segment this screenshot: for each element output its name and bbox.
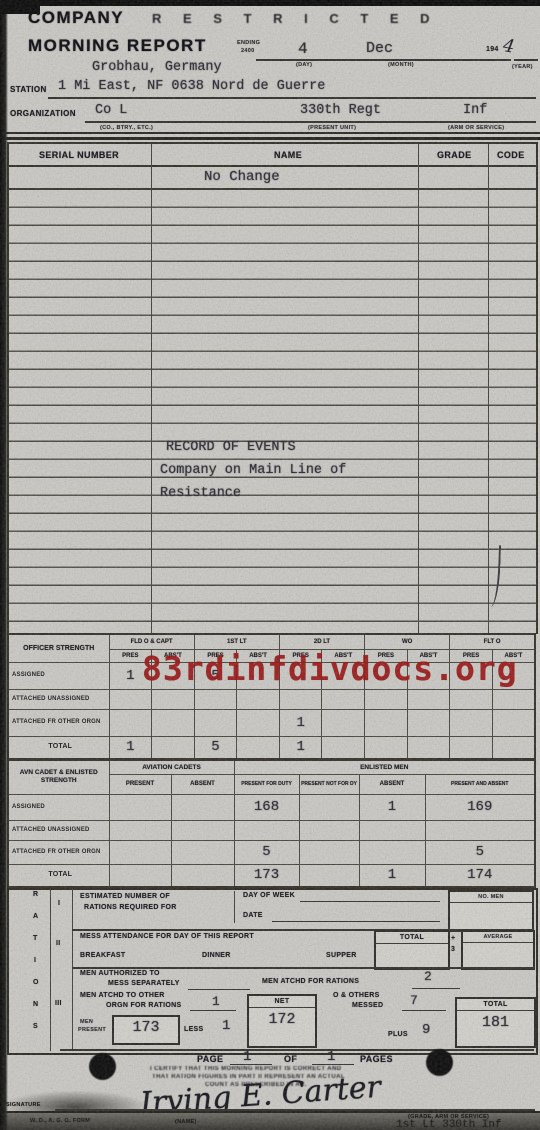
row-label: ATTACHED FR OTHER ORGN	[8, 840, 109, 864]
day-of-week-label: DAY OF WEEK	[243, 892, 295, 899]
men-present-value: 173	[114, 1019, 178, 1036]
cell-value	[407, 736, 450, 759]
column-divider-serial-name	[151, 144, 152, 634]
officer-group-1stlt: 1ST LT	[194, 634, 279, 649]
organization-underline	[85, 121, 536, 123]
rations-numeral-2: II	[56, 940, 61, 947]
rations-part1-divider	[234, 891, 235, 923]
less-value: 1	[222, 1018, 230, 1034]
men-auth-label-1: MEN AUTHORIZED TO	[80, 970, 160, 977]
cell-value: 1	[279, 736, 322, 759]
roster-table: SERIAL NUMBER NAME GRADE CODE No Change	[7, 142, 538, 634]
org-sub-label-1: (CO., BTRY., ETC.)	[100, 125, 153, 131]
men-atchd-rations-label: MEN ATCHD FOR RATIONS	[262, 978, 359, 985]
month-sub-label: (MONTH)	[388, 62, 414, 68]
cell-value: 1	[109, 736, 152, 759]
officer-row-attached-fr: ATTACHED FR OTHER ORGN 1	[8, 709, 535, 736]
enlisted-col-absent: ABSENT	[171, 774, 234, 794]
cell-value: 169	[425, 794, 535, 820]
men-atchd-other-value: 1	[212, 994, 220, 1009]
cell-value	[365, 689, 408, 709]
cell-value: 1	[359, 864, 425, 887]
rations-divider-numerals	[72, 888, 73, 1051]
cell-value	[425, 820, 535, 840]
men-present-label-2: PRESENT	[78, 1027, 106, 1033]
cell-value	[359, 840, 425, 864]
enlisted-row-attached-unassigned: ATTACHED UNASSIGNED	[8, 820, 535, 840]
cell-value	[152, 736, 195, 759]
officer-group-fldo: FLD O & CAPT	[109, 634, 194, 649]
org-sub-label-3: (ARM OR SERVICE)	[448, 125, 504, 131]
page-label: PAGE	[197, 1054, 223, 1064]
cell-value	[194, 709, 237, 736]
paper-content: COMPANY R E S T R I C T E D MORNING REPO…	[0, 0, 540, 1130]
cell-value	[450, 736, 493, 759]
officer-strength-title: OFFICER STRENGTH	[8, 634, 109, 662]
rations-total-label: TOTAL	[457, 1001, 534, 1011]
of-label: OF	[284, 1054, 297, 1064]
rations-bottom-rule	[60, 1049, 534, 1051]
header-separator-rule-2	[0, 137, 540, 140]
cell-value	[109, 709, 152, 736]
rations-letter: A	[33, 913, 38, 920]
mess-total-label: TOTAL	[376, 934, 448, 944]
less-label: LESS	[184, 1026, 203, 1033]
cell-value	[109, 840, 171, 864]
org-arm-value: Inf	[463, 103, 487, 118]
certification-line-1: I CERTIFY THAT THIS MORNING REPORT IS CO…	[150, 1066, 342, 1072]
plus-label: PLUS	[388, 1031, 408, 1038]
officer-group-flto: FLT O	[450, 634, 535, 649]
cell-value	[492, 689, 535, 709]
cell-value	[492, 736, 535, 759]
punch-hole-left	[89, 1053, 116, 1080]
men-atchd-other-underline	[190, 1010, 236, 1011]
others-messed-underline	[402, 1010, 446, 1011]
org-unit-value: 330th Regt	[300, 103, 381, 118]
rations-rule-2	[72, 967, 534, 969]
scan-edge-left	[0, 0, 8, 1130]
average-box: AVERAGE	[461, 930, 535, 970]
cell-value	[492, 709, 535, 736]
roster-col-code: CODE	[497, 150, 525, 160]
rations-letter: R	[33, 891, 38, 898]
organization-label: ORGANIZATION	[10, 109, 76, 118]
cell-value	[109, 794, 171, 820]
cell-value: 5	[234, 840, 299, 864]
punch-hole-right	[426, 1049, 453, 1076]
mess-separately-underline	[188, 989, 250, 990]
roster-col-grade: GRADE	[437, 150, 472, 160]
cell-value	[237, 709, 280, 736]
cell-value	[359, 820, 425, 840]
roster-blank-rows	[9, 190, 536, 634]
officer-group-wo: WO	[365, 634, 450, 649]
supper-label: SUPPER	[326, 952, 357, 959]
pages-number: 1	[327, 1049, 335, 1065]
rations-letter: N	[33, 1001, 38, 1008]
date-underline	[256, 59, 511, 61]
men-auth-label-2: MESS SEPARATELY	[108, 980, 180, 987]
station-label: STATION	[10, 85, 47, 94]
enlisted-col-present-not: PRESENT NOT FOR DY	[299, 774, 359, 794]
breakfast-label: BREAKFAST	[80, 952, 125, 959]
cell-value	[450, 689, 493, 709]
cell-value	[234, 820, 299, 840]
form-title-company: COMPANY	[28, 8, 124, 28]
men-atchd-rations-underline	[412, 988, 460, 989]
men-present-box: 173	[112, 1015, 180, 1045]
year-underline	[514, 59, 538, 61]
row-label: ATTACHED FR OTHER ORGN	[8, 709, 109, 736]
restricted-stamp: R E S T R I C T E D	[152, 11, 439, 26]
cell-value	[407, 709, 450, 736]
record-of-events-line2: Resistance	[160, 486, 241, 501]
men-atchd-other-label-2: ORGN FOR RATIONS	[106, 1002, 181, 1009]
cell-value	[152, 689, 195, 709]
ending-label-1: ENDING	[237, 40, 260, 46]
cell-value	[171, 794, 234, 820]
cell-value: 173	[234, 864, 299, 887]
scan-edge-corner	[0, 0, 40, 14]
name-sub-label: (NAME)	[175, 1119, 197, 1125]
date-month-value: Dec	[366, 40, 393, 57]
rations-part1-label1: ESTIMATED NUMBER OF	[80, 893, 170, 900]
station-underline	[48, 97, 536, 99]
no-men-box: NO. MEN	[448, 890, 534, 932]
cell-value	[279, 689, 322, 709]
cell-value	[171, 864, 234, 887]
date-year-handwritten: 4	[501, 35, 516, 58]
rations-total-value: 181	[457, 1014, 534, 1031]
day-of-week-underline	[300, 901, 440, 902]
cell-value: 5	[194, 736, 237, 759]
scan-edge-top	[0, 0, 540, 6]
rations-letter: S	[33, 1023, 38, 1030]
roster-entry-row: No Change	[9, 167, 536, 190]
station-value: 1 Mi East, NF 0638 Nord de Guerre	[58, 79, 325, 94]
bottom-edge-strip: W. D., A. G. O. FORM (NAME) (GRADE, ARM …	[0, 1111, 540, 1130]
roster-col-name: NAME	[274, 150, 302, 160]
date-field-label: DATE	[243, 912, 263, 919]
location-value: Grobhau, Germany	[92, 60, 222, 75]
date-year-printed: 194	[486, 46, 499, 53]
day-sub-label: (DAY)	[296, 62, 312, 68]
net-value: 172	[249, 1011, 315, 1028]
ending-label-2: 2400	[241, 48, 254, 54]
column-divider-name-grade	[418, 144, 419, 634]
cell-value	[322, 689, 365, 709]
date-day-value: 4	[298, 40, 308, 58]
rations-part1-label2: RATIONS REQUIRED FOR	[84, 904, 177, 911]
watermark-text: 83rdinfdivdocs.org	[142, 649, 518, 688]
cell-value: 1	[359, 794, 425, 820]
enlisted-col-present: PRESENT	[109, 774, 171, 794]
plus-value: 9	[422, 1022, 430, 1038]
cell-value	[322, 709, 365, 736]
cell-value	[237, 689, 280, 709]
rations-letter: O	[33, 979, 39, 986]
row-label: ATTACHED UNASSIGNED	[8, 820, 109, 840]
mess-attendance-label: MESS ATTENDANCE FOR DAY OF THIS REPORT	[80, 933, 254, 940]
mess-total-box: TOTAL	[374, 930, 450, 970]
cell-value	[299, 820, 359, 840]
rations-letter: T	[33, 935, 38, 942]
form-info: W. D., A. G. O. FORM	[30, 1118, 90, 1124]
enlisted-men-header: ENLISTED MEN	[234, 760, 535, 774]
divide-plus-sign: +	[451, 935, 455, 942]
men-present-label-1: MEN	[80, 1019, 93, 1025]
cell-value	[109, 689, 152, 709]
aviation-cadets-header: AVIATION CADETS	[109, 760, 234, 774]
cell-value	[322, 736, 365, 759]
no-men-label: NO. MEN	[450, 894, 532, 903]
officer-group-2dlt: 2D LT	[279, 634, 364, 649]
net-box: NET 172	[247, 994, 317, 1048]
row-label: ATTACHED UNASSIGNED	[8, 689, 109, 709]
pages-label: PAGES	[360, 1054, 393, 1064]
others-messed-label-1: O & OTHERS	[333, 992, 380, 999]
cell-value	[109, 864, 171, 887]
org-sub-label-2: (PRESENT UNIT)	[308, 125, 356, 131]
page-number: 1	[243, 1049, 251, 1065]
cell-value	[365, 736, 408, 759]
divide-three: 3	[451, 946, 455, 953]
cell-value	[171, 840, 234, 864]
cell-value	[194, 689, 237, 709]
cell-value	[407, 689, 450, 709]
others-messed-label-2: MESSED	[352, 1002, 383, 1009]
org-company-value: Co L	[95, 103, 127, 118]
roster-col-serial: SERIAL NUMBER	[39, 150, 119, 160]
officer-row-total: TOTAL 1 5 1	[8, 736, 535, 759]
header-separator-rule-1	[0, 132, 540, 134]
cell-value	[152, 709, 195, 736]
enlisted-title: AVN CADET & ENLISTED STRENGTH	[8, 760, 109, 794]
enlisted-strength-table: AVN CADET & ENLISTED STRENGTH AVIATION C…	[7, 759, 536, 888]
enlisted-col-present-duty: PRESENT FOR DUTY	[234, 774, 299, 794]
record-of-events-line1: Company on Main Line of	[160, 463, 346, 478]
row-label: TOTAL	[8, 864, 109, 887]
signature-label: SIGNATURE	[6, 1102, 41, 1108]
others-messed-value: 7	[410, 993, 418, 1008]
cell-value	[365, 709, 408, 736]
rations-numeral-1: I	[58, 900, 60, 907]
enlisted-row-assigned: ASSIGNED 168 1 169	[8, 794, 535, 820]
cell-value	[299, 794, 359, 820]
men-atchd-other-label-1: MEN ATCHD TO OTHER	[80, 992, 165, 999]
average-label: AVERAGE	[463, 934, 533, 943]
cell-value	[299, 840, 359, 864]
row-label: TOTAL	[8, 736, 109, 759]
enlisted-row-total: TOTAL 173 1 174	[8, 864, 535, 887]
grade-value: 1st Lt 330th Inf	[396, 1119, 502, 1130]
cell-value: 5	[425, 840, 535, 864]
net-label: NET	[249, 998, 315, 1008]
cell-value	[109, 820, 171, 840]
cell-value: 168	[234, 794, 299, 820]
cell-value: 1	[279, 709, 322, 736]
men-atchd-rations-value: 2	[424, 969, 432, 984]
enlisted-row-attached-fr: ATTACHED FR OTHER ORGN 5 5	[8, 840, 535, 864]
record-of-events-title: RECORD OF EVENTS	[166, 440, 296, 455]
cell-value: 174	[425, 864, 535, 887]
form-title-morning-report: MORNING REPORT	[28, 36, 207, 56]
enlisted-col-present-absent: PRESENT AND ABSENT	[425, 774, 535, 794]
row-label: ASSIGNED	[8, 794, 109, 820]
page-underline	[230, 1064, 272, 1065]
roster-header-row: SERIAL NUMBER NAME GRADE CODE	[9, 144, 536, 167]
officer-row-attached-unassigned: ATTACHED UNASSIGNED	[8, 689, 535, 709]
rations-letter: I	[34, 957, 36, 964]
rations-divider-letters	[50, 888, 51, 1051]
cell-value	[299, 864, 359, 887]
morning-report-scan: COMPANY R E S T R I C T E D MORNING REPO…	[0, 0, 540, 1130]
rations-numeral-3: III	[55, 1000, 62, 1007]
pages-underline	[312, 1064, 354, 1065]
row-label: ASSIGNED	[8, 662, 109, 689]
dinner-label: DINNER	[202, 952, 231, 959]
date-field-underline	[272, 921, 440, 922]
cell-value	[171, 820, 234, 840]
enlisted-col-absent2: ABSENT	[359, 774, 425, 794]
rations-total-box: TOTAL 181	[455, 997, 536, 1048]
cell-value	[450, 709, 493, 736]
roster-entry-value: No Change	[204, 169, 280, 185]
year-sub-label: (YEAR)	[512, 64, 533, 70]
cell-value	[237, 736, 280, 759]
